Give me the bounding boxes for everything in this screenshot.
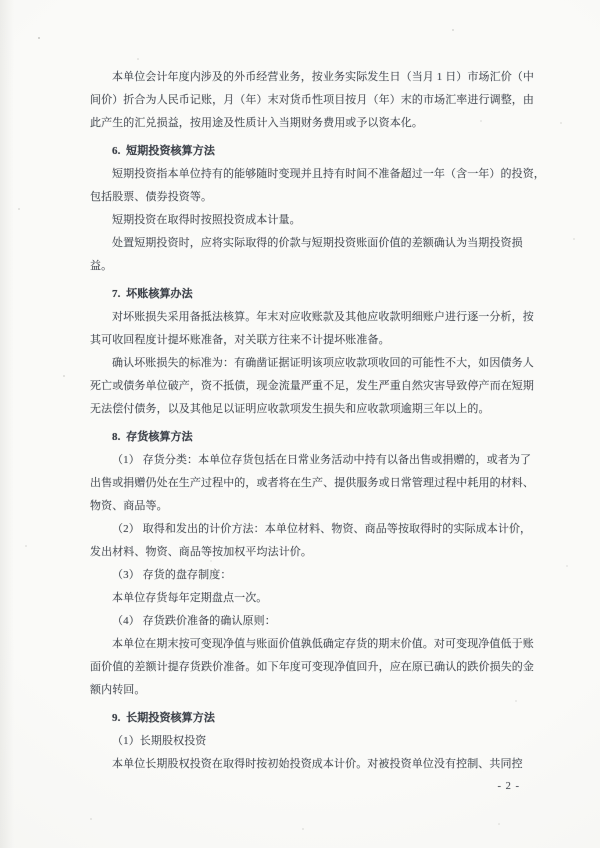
text-line: 本单位存货每年定期盘点一次。 — [90, 587, 532, 610]
text-line: 其可收回程度计提坏账准备，对关联方往来不计提坏账准备。 — [90, 329, 532, 352]
scan-speck — [302, 828, 304, 830]
page-number: - 2 - — [498, 780, 521, 794]
text-line: （4） 存货跌价准备的确认原则： — [90, 610, 532, 633]
scan-speck — [498, 823, 500, 825]
scanned-document-page: 本单位会计年度内涉及的外币经营业务，按业务实际发生日（当月 1 日）市场汇价（中… — [0, 0, 600, 848]
scan-speck — [452, 29, 454, 31]
section-heading: 8. 存货核算方法 — [90, 426, 532, 449]
section-heading: 7. 坏账核算办法 — [90, 283, 532, 306]
text-line: 发出材料、物资、商品等按加权平均法计价。 — [90, 541, 532, 564]
text-line: 本单位在期末按可变现净值与账面价值孰低确定存货的期末价值。对可变现净值低于账 — [90, 633, 532, 656]
text-line: 包括股票、债券投资等。 — [90, 186, 532, 209]
text-line: （1）长期股权投资 — [90, 730, 532, 753]
scan-speck — [566, 565, 568, 567]
text-line: 死亡或债务单位破产，资不抵债，现金流量严重不足，发生严重自然灾害导致停产而在短期 — [90, 375, 532, 398]
section-heading: 6. 短期投资核算方法 — [90, 140, 532, 163]
text-line: 额内转回。 — [90, 679, 532, 702]
text-line: 对坏账损失采用备抵法核算。年末对应收账款及其他应收款明细账户进行逐一分析，按 — [90, 306, 532, 329]
text-line: 无法偿付债务，以及其他足以证明应收款项发生损失和应收款项逾期三年以上的。 — [90, 398, 532, 421]
scan-speck — [560, 122, 562, 124]
text-line: 确认坏账损失的标准为：有确凿证据证明该项应收款项收回的可能性不大，如因债务人 — [90, 352, 532, 375]
document-body: 本单位会计年度内涉及的外币经营业务，按业务实际发生日（当月 1 日）市场汇价（中… — [90, 66, 532, 776]
text-line: 短期投资指本单位持有的能够随时变现并且持有时间不准备超过一年（含一年）的投资， — [90, 163, 532, 186]
text-line: 出售或捐赠仍处在生产过程中的，或者将在生产、提供服务或日常管理过程中耗用的材料、 — [90, 472, 532, 495]
scan-speck — [573, 238, 575, 240]
section-heading: 9. 长期投资核算方法 — [90, 707, 532, 730]
text-line: 本单位长期股权投资在取得时按初始投资成本计价。对被投资单位没有控制、共同控 — [90, 753, 532, 776]
text-line: 间价）折合为人民币记账，月（年）末对货币性项目按月（年）末的市场汇率进行调整，由 — [90, 89, 532, 112]
text-line: 面价值的差额计提存货跌价准备。如下年度可变现净值回升，应在原已确认的跌价损失的金 — [90, 656, 532, 679]
text-line: （2） 取得和发出的计价方法：本单位材料、物资、商品等按取得时的实际成本计价， — [90, 518, 532, 541]
scan-speck — [38, 37, 40, 39]
scan-speck — [18, 208, 20, 210]
scan-speck — [137, 58, 139, 60]
scan-speck — [25, 545, 27, 547]
text-line: 物资、商品等。 — [90, 495, 532, 518]
text-line: 本单位会计年度内涉及的外币经营业务，按业务实际发生日（当月 1 日）市场汇价（中 — [90, 66, 532, 89]
text-line: （3） 存货的盘存制度： — [90, 564, 532, 587]
text-line: 处置短期投资时，应将实际取得的价款与短期投资账面价值的差额确认为当期投资损 — [90, 232, 532, 255]
scan-speck — [90, 818, 92, 820]
text-line: 益。 — [90, 255, 532, 278]
text-line: 短期投资在取得时按照投资成本计量。 — [90, 209, 532, 232]
text-line: （1） 存货分类：本单位存货包括在日常业务活动中持有以备出售或捐赠的，或者为了 — [90, 449, 532, 472]
text-line: 此产生的汇兑损益，按用途及性质计入当期财务费用或予以资本化。 — [90, 112, 532, 135]
scan-speck — [63, 375, 65, 377]
